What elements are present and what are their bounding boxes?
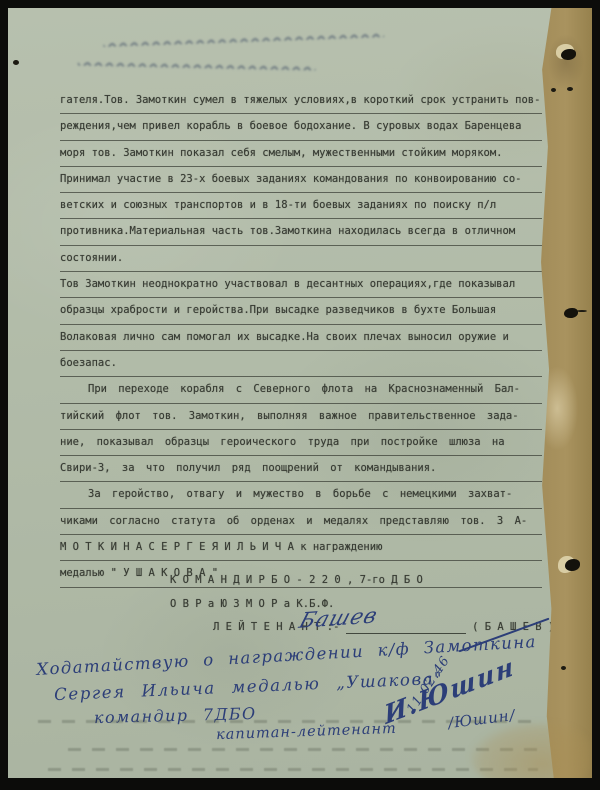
- typed-line: За геройство, отвагу и мужество в борьбе…: [60, 482, 542, 508]
- paper-speck: [561, 666, 566, 670]
- document-page: гателя.Тов. Замоткин сумел в тяжелых усл…: [8, 8, 592, 778]
- bleed-through-text-row: [48, 768, 538, 771]
- typed-line: ние, показывал образцы героического труд…: [60, 430, 542, 456]
- typed-line: Свири-3, за что получил ряд поощрений от…: [60, 456, 542, 482]
- damaged-edge-strip: [534, 8, 592, 778]
- paper-speck: [551, 88, 556, 92]
- typed-line: Тов Замоткин неоднократно участвовал в д…: [60, 272, 542, 298]
- typed-line: Волаковая лично сам помогал их высадке.Н…: [60, 325, 542, 351]
- typed-line: реждения,чем привел корабль в боевое бод…: [60, 114, 542, 140]
- handwritten-rank-line: капитан-лейтенант: [216, 721, 397, 743]
- paper-speck: [13, 60, 19, 65]
- typed-line: При переходе корабля с Северного флота н…: [60, 377, 542, 403]
- typed-line: гателя.Тов. Замоткин сумел в тяжелых усл…: [60, 88, 542, 114]
- typed-line-awardee-name: М О Т К И Н А С Е Р Г Е Я И Л Ь И Ч А к …: [60, 535, 542, 561]
- typed-line: ветских и союзных транспортов и в 18-ти …: [60, 193, 542, 219]
- typed-line: Принимал участие в 23-х боевых заданиях …: [60, 167, 542, 193]
- typed-line: чиками согласно статута об орденах и мед…: [60, 509, 542, 535]
- typed-body: гателя.Тов. Замоткин сумел в тяжелых усл…: [60, 88, 542, 588]
- typed-line: боезапас.: [60, 351, 542, 377]
- bleed-through-text-row: [68, 748, 538, 751]
- stain: [470, 722, 590, 778]
- paper-speck: [567, 87, 573, 91]
- commander-unit-line: К О М А Н Д И Р Б О - 2 2 0 , 7-го Д Б О: [170, 574, 423, 586]
- handwritten-commander-line: командир 7ДБО: [94, 704, 257, 727]
- bleed-through-handwriting: [103, 17, 385, 47]
- typed-line: противника.Материальная часть тов.Замотк…: [60, 219, 542, 245]
- typed-line: моря тов. Замоткин показал себя смелым, …: [60, 141, 542, 167]
- typed-line: образцы храбрости и геройства.При высадк…: [60, 298, 542, 324]
- lieutenant-signature-line: Л Е Й Т Е Н А Н Т :- ( Б А Ш Е В ): [213, 621, 554, 634]
- typed-line: тийский флот тов. Замоткин, выполняя важ…: [60, 404, 542, 430]
- typed-line: состоянии.: [60, 246, 542, 272]
- bleed-through-text-row: [38, 720, 538, 723]
- tear-line: [577, 310, 587, 312]
- bleed-through-handwriting: [78, 46, 316, 71]
